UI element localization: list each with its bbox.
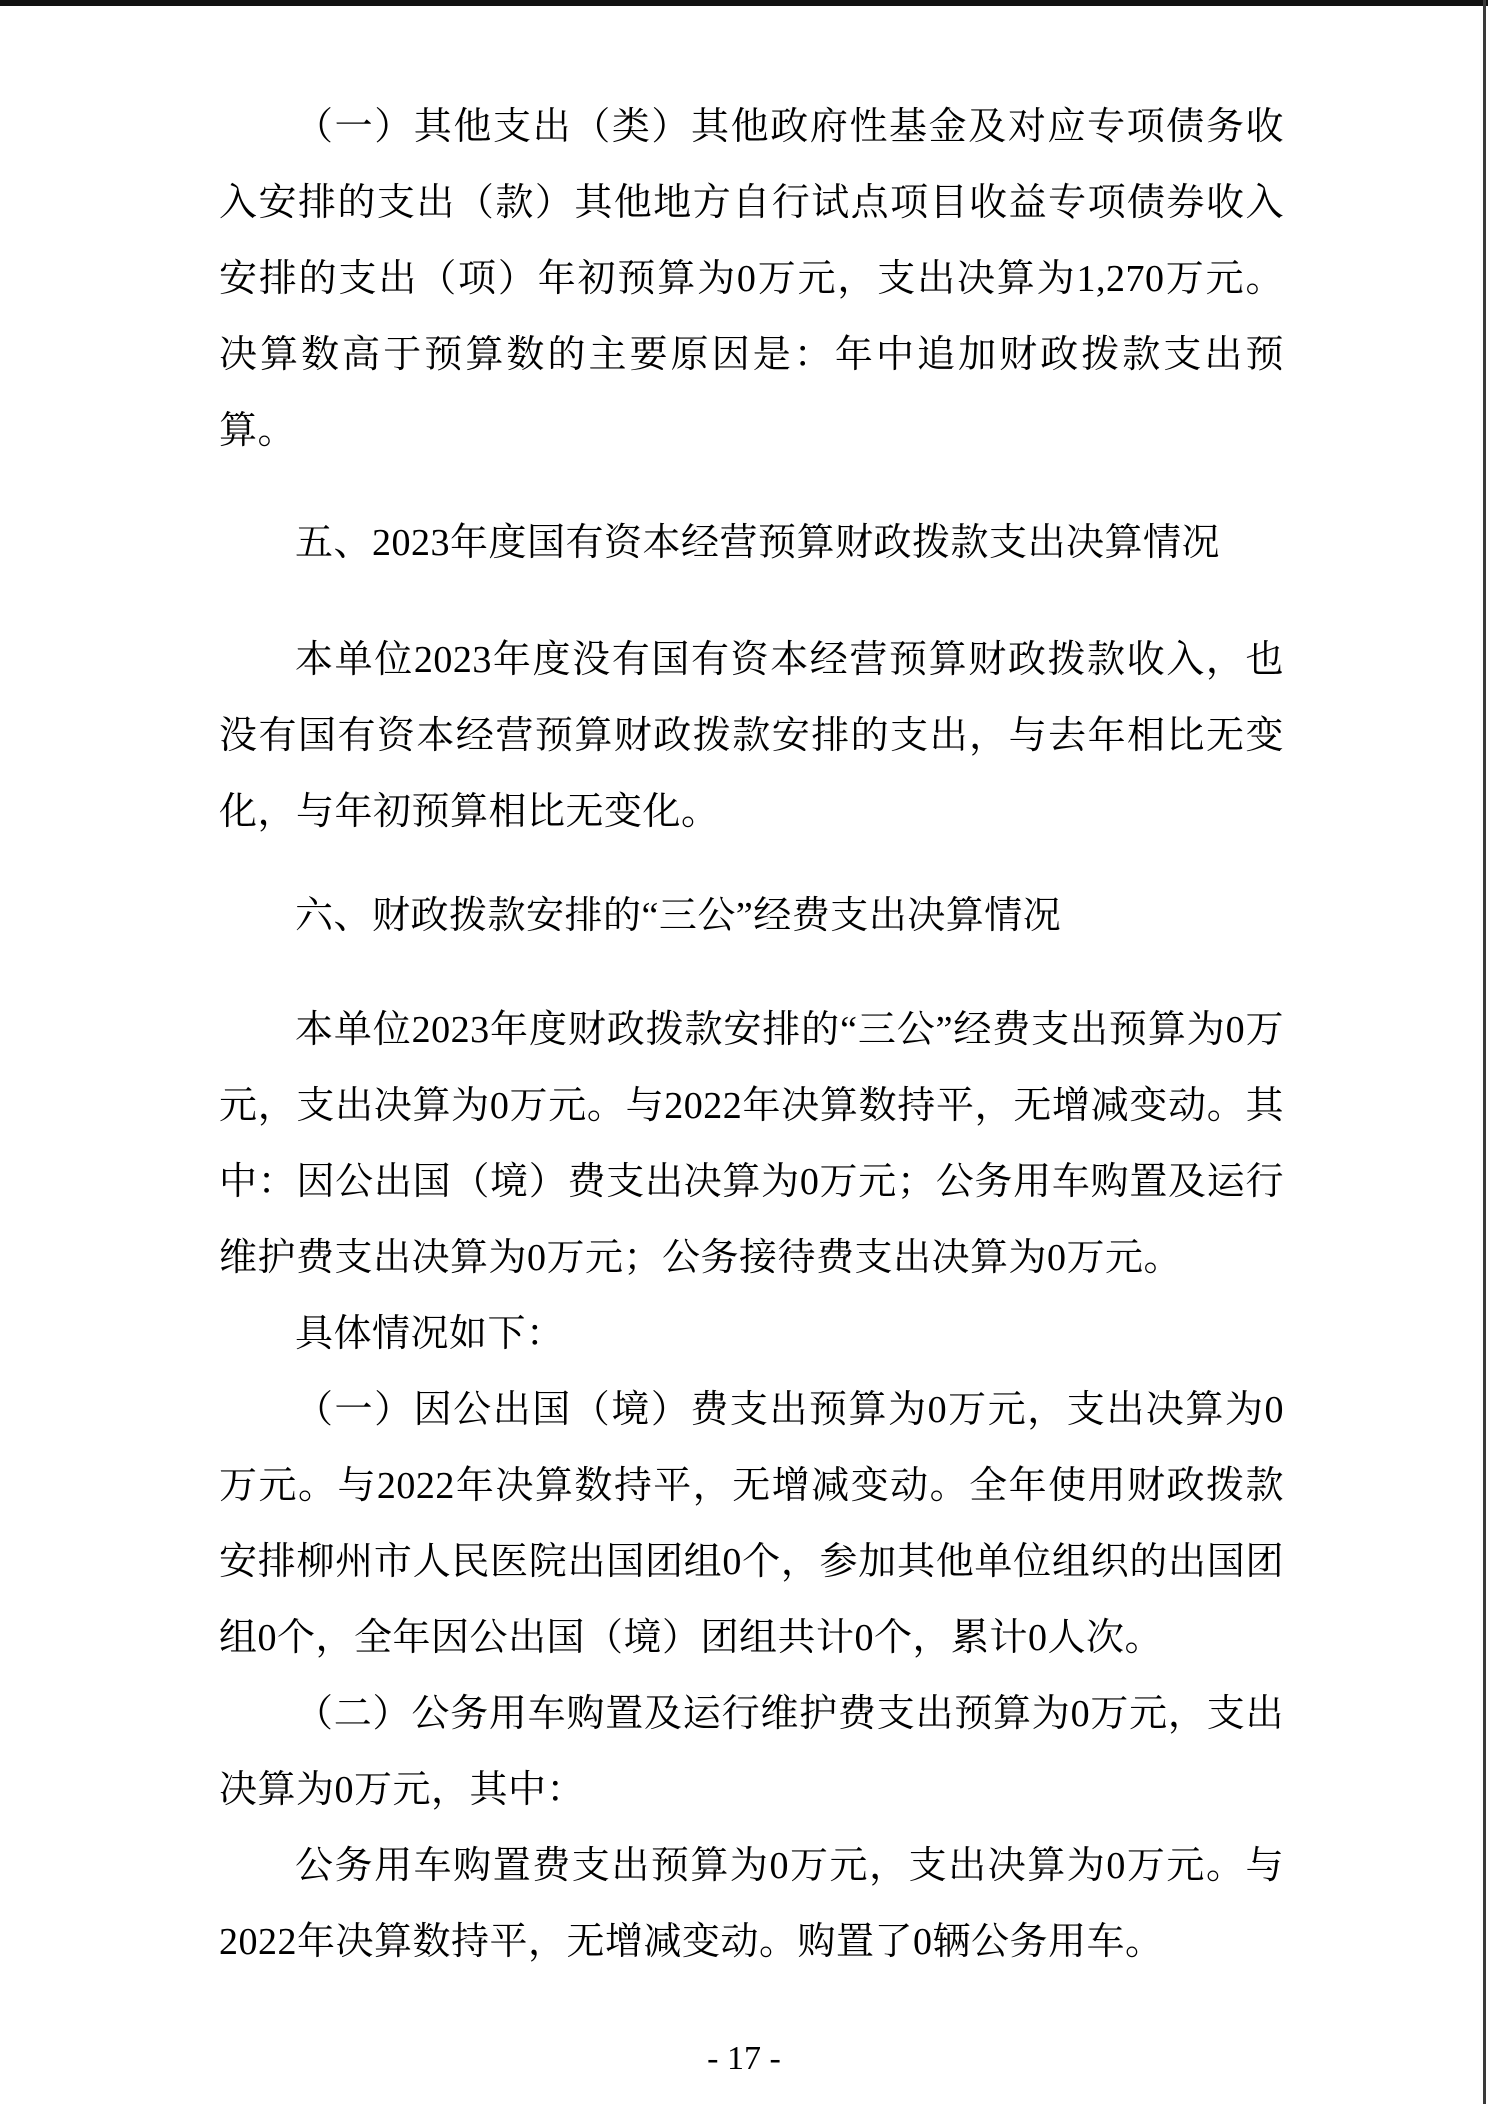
scan-edge-right [1483,0,1486,2104]
document-page: （一）其他支出（类）其他政府性基金及对应专项债务收入安排的支出（款）其他地方自行… [0,0,1488,2104]
page-number: - 17 - [707,2040,781,2077]
scan-edge-top [0,0,1488,6]
paragraph-item1-abroad: （一）因公出国（境）费支出预算为0万元，支出决算为0万元。与2022年决算数持平… [219,1372,1284,1676]
paragraph-other-expenditure: （一）其他支出（类）其他政府性基金及对应专项债务收入安排的支出（款）其他地方自行… [219,89,1284,469]
page-body: （一）其他支出（类）其他政府性基金及对应专项债务收入安排的支出（款）其他地方自行… [219,89,1284,1980]
section-6-heading: 六、财政拨款安排的“三公”经费支出决算情况 [219,878,1284,954]
paragraph-section5-body: 本单位2023年度没有国有资本经营预算财政拨款收入，也没有国有资本经营预算财政拨… [219,622,1284,850]
paragraph-details-label: 具体情况如下： [219,1296,1284,1372]
section-5-heading: 五、2023年度国有资本经营预算财政拨款支出决算情况 [219,505,1284,581]
paragraph-item2-purchase-detail: 公务用车购置费支出预算为0万元，支出决算为0万元。与2022年决算数持平，无增减… [219,1828,1284,1980]
paragraph-item2-vehicles: （二）公务用车购置及运行维护费支出预算为0万元，支出决算为0万元，其中： [219,1676,1284,1828]
paragraph-section6-intro: 本单位2023年度财政拨款安排的“三公”经费支出预算为0万元，支出决算为0万元。… [219,992,1284,1296]
page-footer: - 17 - [0,2040,1488,2078]
